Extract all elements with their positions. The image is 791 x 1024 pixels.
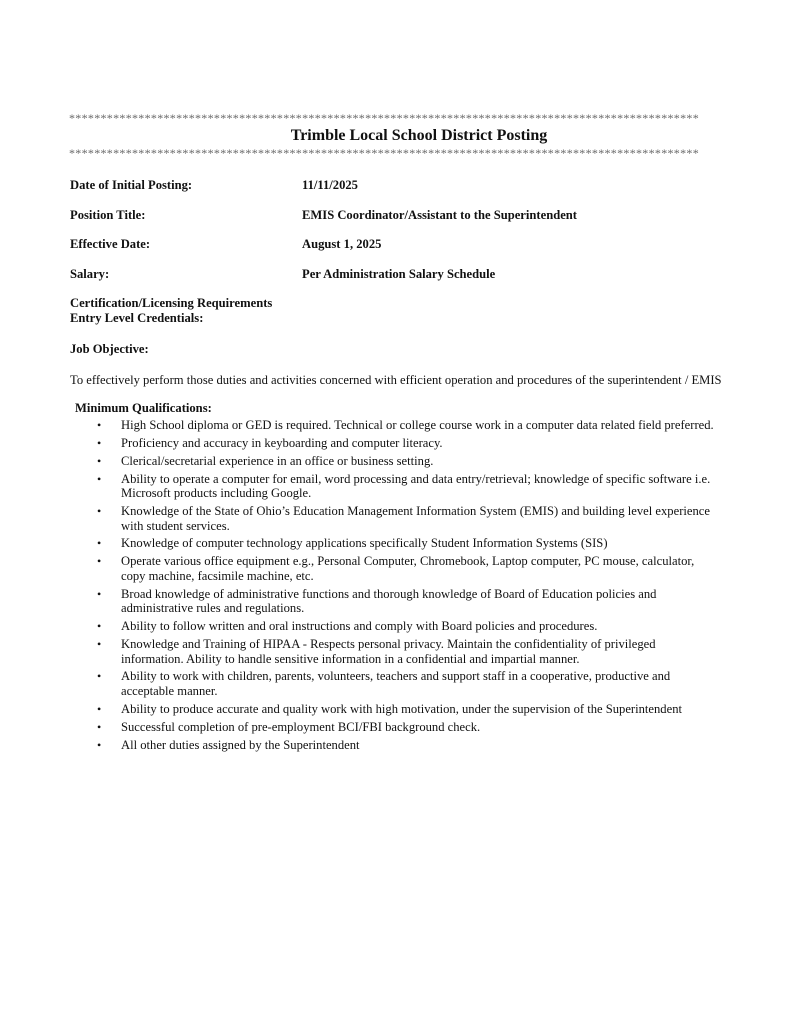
qualification-item: •Ability to produce accurate and quality… (95, 702, 715, 717)
posting-date-value: 11/11/2025 (302, 178, 358, 193)
qualification-item: •Knowledge of the State of Ohio’s Educat… (95, 504, 715, 533)
bullet-icon: • (97, 454, 101, 469)
qualification-text: High School diploma or GED is required. … (121, 418, 714, 432)
bullet-icon: • (97, 720, 101, 735)
job-objective-text: To effectively perform those duties and … (70, 373, 722, 388)
qualification-text: Ability to follow written and oral instr… (121, 619, 597, 633)
bullet-icon: • (97, 536, 101, 551)
qualification-item: •Operate various office equipment e.g., … (95, 554, 715, 583)
qualification-item: •Ability to operate a computer for email… (95, 472, 715, 501)
qualification-text: Successful completion of pre-employment … (121, 720, 480, 734)
credentials-label: Entry Level Credentials: (70, 311, 203, 326)
document-title: Trimble Local School District Posting (0, 127, 791, 145)
qualification-text: Knowledge and Training of HIPAA - Respec… (121, 637, 656, 666)
position-title-label: Position Title: (70, 208, 145, 223)
job-objective-heading: Job Objective: (70, 342, 149, 357)
posting-date-label: Date of Initial Posting: (70, 178, 192, 193)
qualification-text: Knowledge of the State of Ohio’s Educati… (121, 504, 710, 533)
qualification-text: Operate various office equipment e.g., P… (121, 554, 694, 583)
bullet-icon: • (97, 587, 101, 602)
qualification-item: •All other duties assigned by the Superi… (95, 738, 715, 753)
qualification-text: Proficiency and accuracy in keyboarding … (121, 436, 443, 450)
qualification-item: •High School diploma or GED is required.… (95, 418, 715, 433)
position-title-value: EMIS Coordinator/Assistant to the Superi… (302, 208, 577, 223)
qualification-item: •Knowledge of computer technology applic… (95, 536, 715, 551)
effective-date-label: Effective Date: (70, 237, 150, 252)
salary-label: Salary: (70, 267, 109, 282)
qualification-item: •Broad knowledge of administrative funct… (95, 587, 715, 616)
qualification-text: Ability to operate a computer for email,… (121, 472, 710, 501)
bullet-icon: • (97, 472, 101, 487)
bullet-icon: • (97, 619, 101, 634)
qualification-item: •Knowledge and Training of HIPAA - Respe… (95, 637, 715, 666)
qualifications-list: •High School diploma or GED is required.… (95, 418, 715, 755)
qualification-text: Knowledge of computer technology applica… (121, 536, 608, 550)
bullet-icon: • (97, 738, 101, 753)
qualification-item: •Successful completion of pre-employment… (95, 720, 715, 735)
qualification-text: Clerical/secretarial experience in an of… (121, 454, 433, 468)
bullet-icon: • (97, 436, 101, 451)
bullet-icon: • (97, 554, 101, 569)
qualification-text: Ability to work with children, parents, … (121, 669, 670, 698)
qualification-text: Broad knowledge of administrative functi… (121, 587, 656, 616)
qualification-item: •Ability to work with children, parents,… (95, 669, 715, 698)
salary-value: Per Administration Salary Schedule (302, 267, 495, 282)
bullet-icon: • (97, 418, 101, 433)
qualification-item: •Clerical/secretarial experience in an o… (95, 454, 715, 469)
bullet-icon: • (97, 702, 101, 717)
qualification-item: •Ability to follow written and oral inst… (95, 619, 715, 634)
effective-date-value: August 1, 2025 (302, 237, 381, 252)
asterisk-divider-bottom: ****************************************… (69, 146, 769, 160)
asterisk-divider-top: ****************************************… (69, 111, 769, 125)
qualification-item: •Proficiency and accuracy in keyboarding… (95, 436, 715, 451)
bullet-icon: • (97, 669, 101, 684)
bullet-icon: • (97, 504, 101, 519)
qualification-text: All other duties assigned by the Superin… (121, 738, 360, 752)
minimum-qualifications-heading: Minimum Qualifications: (75, 401, 212, 416)
bullet-icon: • (97, 637, 101, 652)
qualification-text: Ability to produce accurate and quality … (121, 702, 682, 716)
certification-label: Certification/Licensing Requirements (70, 296, 272, 311)
